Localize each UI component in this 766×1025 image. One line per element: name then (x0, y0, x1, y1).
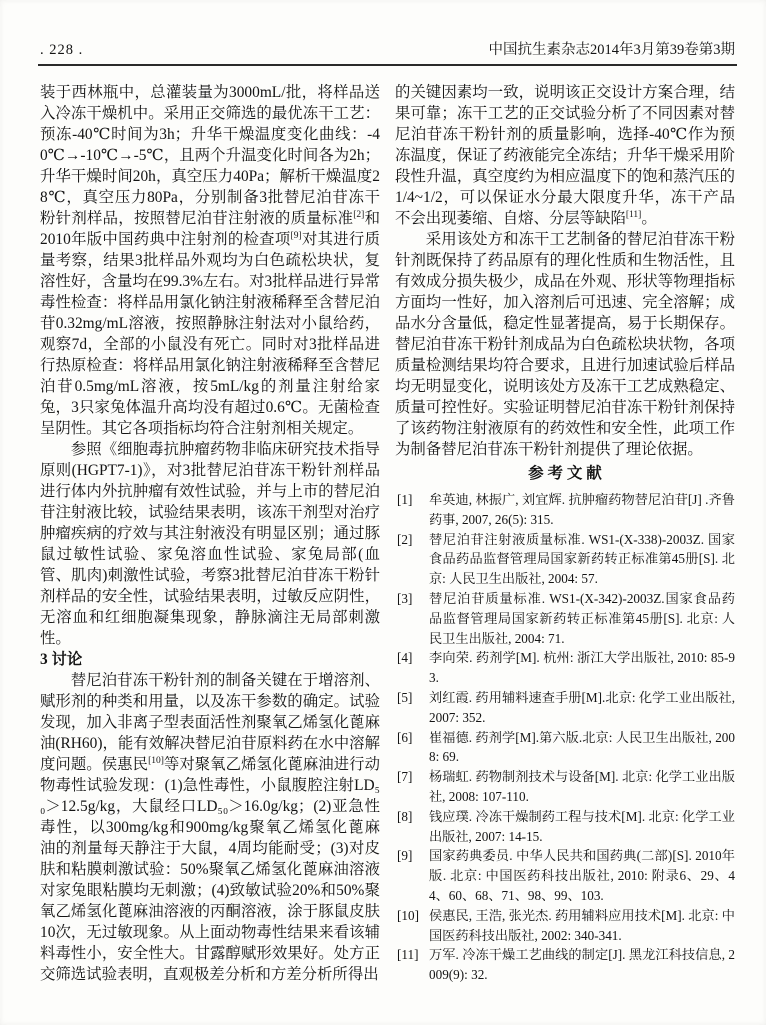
paragraph: 参照《细胞毒抗肿瘤药物非临床研究技术指导原则(HGPT7-1)》，对3批替尼泊苷… (40, 439, 380, 649)
citation-ref: [9] (291, 231, 302, 241)
reference-text: 替尼泊苷质量标准. WS1-(X-342)-2003Z.国家食品药品监督管理局国… (429, 591, 735, 646)
reference-text: 侯惠民, 王浩, 张光杰. 药用辅料应用技术[M]. 北京: 中国医药科技出版社… (429, 908, 735, 943)
reference-item: [6]崔福德. 药剂学[M].第六版.北京: 人民卫生出版社, 2008: 69… (395, 728, 735, 768)
reference-label: [6] (397, 728, 412, 748)
reference-item: [11]万军. 冷冻干燥工艺曲线的制定[J]. 黑龙江科技信息, 2009(9)… (395, 945, 735, 985)
reference-label: [7] (397, 767, 412, 787)
reference-item: [4]李向荣. 药剂学[M]. 杭州: 浙江大学出版社, 2010: 85-93… (395, 648, 735, 688)
journal-title: 中国抗生素杂志2014年3月第39卷第3期 (489, 38, 736, 59)
reference-item: [1]牟英迪, 林振广, 刘宜辉. 抗肿瘤药物替尼泊苷[J] .齐鲁药事, 20… (395, 490, 735, 530)
reference-item: [3]替尼泊苷质量标准. WS1-(X-342)-2003Z.国家食品药品监督管… (395, 589, 735, 648)
paragraph: 装于西林瓶中，总灌装量为3000mL/批，将样品送入冷冻干燥机中。采用正交筛选的… (40, 82, 380, 439)
reference-item: [7]杨瑞虹. 药物制剂技术与设备[M]. 北京: 化学工业出版社, 2008:… (395, 767, 735, 807)
reference-text: 刘红霞. 药用辅料速查手册[M].北京: 化学工业出版社, 2007: 352. (429, 690, 735, 725)
section-heading: 3 讨论 (40, 649, 380, 670)
reference-item: [8]钱应璞. 冷冻干燥制药工程与技术[M]. 北京: 化学工业出版社, 200… (395, 807, 735, 847)
paragraph: 的关键因素均一致，说明该正交设计方案合理，结果可靠；冻干工艺的正交试验分析了不同… (395, 82, 735, 229)
right-column: 的关键因素均一致，说明该正交设计方案合理，结果可靠；冻干工艺的正交试验分析了不同… (395, 82, 735, 985)
journal-page: . 228 . 中国抗生素杂志2014年3月第39卷第3期 装于西林瓶中，总灌装… (0, 0, 766, 1025)
reference-text: 牟英迪, 林振广, 刘宜辉. 抗肿瘤药物替尼泊苷[J] .齐鲁药事, 2007,… (429, 492, 735, 527)
reference-label: [2] (397, 530, 412, 550)
reference-label: [1] (397, 490, 412, 510)
reference-label: [8] (397, 807, 412, 827)
reference-item: [9]国家药典委员. 中华人民共和国药典(二部)[S]. 2010年版. 北京:… (395, 846, 735, 905)
header-rule (38, 64, 737, 66)
reference-text: 替尼泊苷注射液质量标准. WS1-(X-338)-2003Z. 国家食品药品监督… (429, 532, 735, 587)
article-body: 装于西林瓶中，总灌装量为3000mL/批，将样品送入冷冻干燥机中。采用正交筛选的… (40, 82, 735, 985)
left-column: 装于西林瓶中，总灌装量为3000mL/批，将样品送入冷冻干燥机中。采用正交筛选的… (40, 82, 380, 985)
references-heading: 参 考 文 献 (395, 461, 735, 487)
citation-ref: [11] (626, 210, 641, 220)
reference-text: 李向荣. 药剂学[M]. 杭州: 浙江大学出版社, 2010: 85-93. (429, 650, 735, 685)
paragraph: 采用该处方和冻干工艺制备的替尼泊苷冻干粉针剂既保持了药品原有的理化性质和生物活性… (395, 229, 735, 460)
reference-item: [2]替尼泊苷注射液质量标准. WS1-(X-338)-2003Z. 国家食品药… (395, 530, 735, 589)
reference-text: 国家药典委员. 中华人民共和国药典(二部)[S]. 2010年版. 北京: 中国… (429, 848, 735, 903)
reference-label: [10] (397, 906, 419, 926)
reference-item: [10]侯惠民, 王浩, 张光杰. 药用辅料应用技术[M]. 北京: 中国医药科… (395, 906, 735, 946)
reference-label: [9] (397, 846, 412, 866)
reference-label: [3] (397, 589, 412, 609)
citation-ref: [10] (148, 756, 164, 766)
reference-text: 钱应璞. 冷冻干燥制药工程与技术[M]. 北京: 化学工业出版社, 2007: … (429, 809, 735, 844)
reference-text: 崔福德. 药剂学[M].第六版.北京: 人民卫生出版社, 2008: 69. (429, 730, 735, 765)
reference-item: [5]刘红霞. 药用辅料速查手册[M].北京: 化学工业出版社, 2007: 3… (395, 688, 735, 728)
paragraph: 替尼泊苷冻干粉针剂的制备关键在于增溶剂、赋形剂的种类和用量，以及冻干参数的确定。… (40, 670, 380, 985)
page-number: . 228 . (40, 42, 83, 59)
page-header: . 228 . 中国抗生素杂志2014年3月第39卷第3期 (40, 38, 735, 59)
reference-text: 万军. 冷冻干燥工艺曲线的制定[J]. 黑龙江科技信息, 2009(9): 32… (429, 947, 735, 982)
reference-label: [4] (397, 648, 412, 668)
reference-label: [5] (397, 688, 412, 708)
reference-label: [11] (397, 945, 418, 965)
reference-text: 杨瑞虹. 药物制剂技术与设备[M]. 北京: 化学工业出版社, 2008: 10… (429, 769, 735, 804)
citation-ref: [2] (353, 210, 364, 220)
